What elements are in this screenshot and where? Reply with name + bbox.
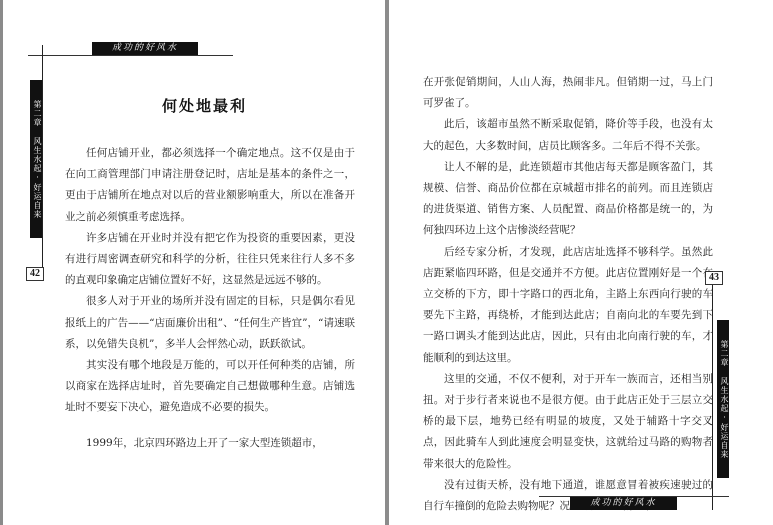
paragraph: 1999年，北京四环路边上开了一家大型连锁超市， bbox=[65, 433, 355, 454]
paragraph: 这里的交通，不仅不便利，对于开车一族而言，还相当别扭。对于步行者来说也不是很方便… bbox=[423, 369, 713, 475]
paragraph: 后经专家分析，才发现，此店店址选择不够科学。虽然此店距紧临四环路，但是交通并不方… bbox=[423, 242, 713, 369]
page-number: 43 bbox=[705, 271, 723, 285]
paragraph: 让人不解的是，此连锁超市其他店每天都是顾客盈门，其规模、信誉、商品价位都在京城超… bbox=[423, 157, 713, 242]
page-right: 在开张促销期间，人山人海，热闹非凡。但销期一过，马上门可罗雀了。 此后，该超市虽… bbox=[389, 0, 773, 525]
running-head: 成功的好风水 bbox=[92, 42, 198, 55]
margin-rule bbox=[42, 45, 43, 275]
section-title: 何处地最利 bbox=[162, 95, 247, 116]
paragraph: 其实没有哪个地段是万能的，可以开任何种类的店铺，所以商家在选择店址时，首先要确定… bbox=[65, 355, 355, 419]
left-body-text: 任何店铺开业，都必须选择一个确定地点。这不仅是由于在向工商管理部门申请注册登记时… bbox=[65, 143, 355, 454]
chapter-tab: 第二章 风生水起·好运自来 bbox=[30, 80, 42, 238]
margin-rule bbox=[712, 285, 713, 510]
running-foot: 成功的好风水 bbox=[570, 497, 677, 510]
chapter-tab: 第二章 风生水起·好运自来 bbox=[717, 320, 729, 478]
right-body-text: 在开张促销期间，人山人海，热闹非凡。但销期一过，马上门可罗雀了。 此后，该超市虽… bbox=[423, 72, 713, 517]
paragraph: 在开张促销期间，人山人海，热闹非凡。但销期一过，马上门可罗雀了。 bbox=[423, 72, 713, 114]
paragraph: 许多店铺在开业时并没有把它作为投资的重要因素，更没有进行周密调查研究和科学的分析… bbox=[65, 228, 355, 292]
page-number: 42 bbox=[26, 267, 44, 281]
document-viewer: 成功的好风水 第二章 风生水起·好运自来 42 何处地最利 任何店铺开业，都必须… bbox=[0, 0, 773, 525]
paragraph: 很多人对于开业的场所并没有固定的目标，只是偶尔看见报纸上的广告——“店面廉价出租… bbox=[65, 291, 355, 355]
header-rule bbox=[28, 55, 233, 56]
paragraph: 此后，该超市虽然不断采取促销，降价等手段，也没有太大的起色，大多数时间，店员比顾… bbox=[423, 114, 713, 156]
paragraph: 任何店铺开业，都必须选择一个确定地点。这不仅是由于在向工商管理部门申请注册登记时… bbox=[65, 143, 355, 228]
page-left: 成功的好风水 第二章 风生水起·好运自来 42 何处地最利 任何店铺开业，都必须… bbox=[3, 0, 385, 525]
